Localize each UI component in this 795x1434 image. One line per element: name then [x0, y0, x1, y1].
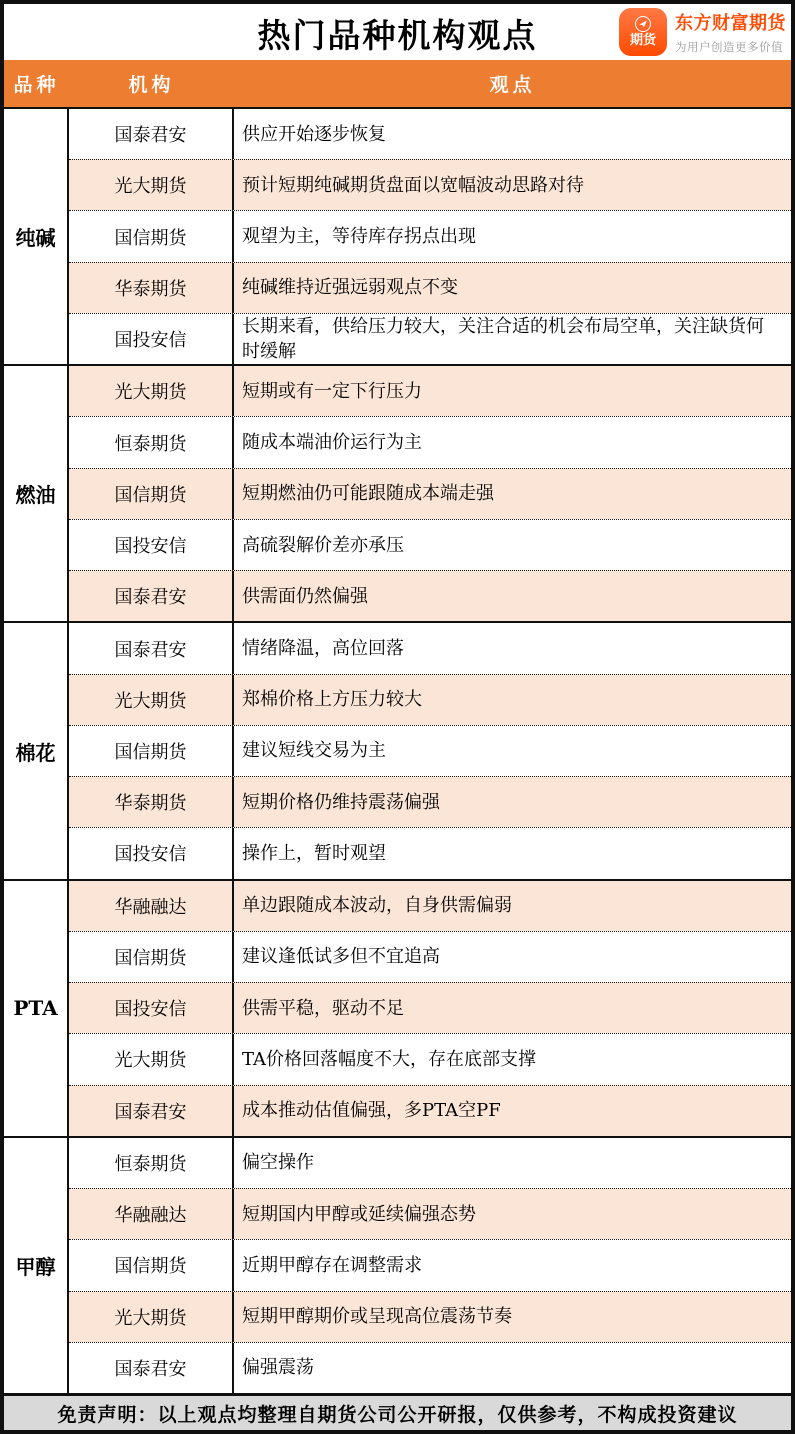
view-cell: 郑棉价格上方压力较大 — [234, 675, 791, 725]
view-cell: 预计短期纯碱期货盘面以宽幅波动思路对待 — [234, 160, 791, 210]
table-row: 国泰君安供应开始逐步恢复 — [69, 109, 791, 159]
variety-section: 甲醇恒泰期货偏空操作华融融达短期国内甲醇或延续偏强态势国信期货近期甲醇存在调整需… — [4, 1136, 791, 1393]
table-row: 国信期货建议逢低试多但不宜追高 — [69, 931, 791, 982]
brand-name: 东方财富期货 — [675, 9, 786, 35]
view-cell: 长期来看，供给压力较大，关注合适的机会布局空单，关注缺货何时缓解 — [234, 314, 791, 364]
institution-cell: 光大期货 — [69, 1292, 234, 1342]
table-row: 国泰君安供需面仍然偏强 — [69, 570, 791, 621]
table-row: 国信期货观望为主，等待库存拐点出现 — [69, 210, 791, 261]
column-header-view: 观点 — [234, 70, 791, 97]
table-row: 国泰君安成本推动估值偏强，多PTA空PF — [69, 1085, 791, 1136]
variety-label: PTA — [4, 881, 69, 1136]
institution-cell: 光大期货 — [69, 160, 234, 210]
table-row: 光大期货短期甲醇期价或呈现高位震荡节奏 — [69, 1291, 791, 1342]
variety-label: 棉花 — [4, 623, 69, 878]
variety-section: 燃油光大期货短期或有一定下行压力恒泰期货随成本端油价运行为主国信期货短期燃油仍可… — [4, 364, 791, 621]
column-header-institution: 机构 — [69, 70, 234, 97]
variety-label: 纯碱 — [4, 109, 69, 364]
report-card: 热门品种机构观点 期货 东方财富期货 为用户创造更多价值 品种 机构 观点 纯碱… — [0, 0, 795, 1434]
column-header-variety: 品种 — [4, 70, 69, 97]
title-bar: 热门品种机构观点 期货 东方财富期货 为用户创造更多价值 — [4, 4, 791, 60]
institution-cell: 光大期货 — [69, 675, 234, 725]
table-row: 国信期货短期燃油仍可能跟随成本端走强 — [69, 468, 791, 519]
view-cell: 纯碱维持近强远弱观点不变 — [234, 263, 791, 313]
brand-slogan: 为用户创造更多价值 — [675, 39, 786, 55]
institution-cell: 华融融达 — [69, 1189, 234, 1239]
paper-plane-icon — [635, 16, 651, 32]
table-row: 光大期货郑棉价格上方压力较大 — [69, 674, 791, 725]
section-rows: 光大期货短期或有一定下行压力恒泰期货随成本端油价运行为主国信期货短期燃油仍可能跟… — [69, 366, 791, 621]
table-row: 国投安信高硫裂解价差亦承压 — [69, 519, 791, 570]
table-row: 华融融达短期国内甲醇或延续偏强态势 — [69, 1188, 791, 1239]
table-row: 华融融达单边跟随成本波动，自身供需偏弱 — [69, 881, 791, 931]
app-icon-label: 期货 — [630, 33, 656, 48]
variety-section: 纯碱国泰君安供应开始逐步恢复光大期货预计短期纯碱期货盘面以宽幅波动思路对待国信期… — [4, 109, 791, 364]
futures-app-icon: 期货 — [619, 8, 667, 56]
institution-cell: 国泰君安 — [69, 109, 234, 159]
section-rows: 恒泰期货偏空操作华融融达短期国内甲醇或延续偏强态势国信期货近期甲醇存在调整需求光… — [69, 1138, 791, 1393]
variety-label: 燃油 — [4, 366, 69, 621]
variety-section: PTA华融融达单边跟随成本波动，自身供需偏弱国信期货建议逢低试多但不宜追高国投安… — [4, 879, 791, 1136]
table-row: 恒泰期货偏空操作 — [69, 1138, 791, 1188]
institution-cell: 光大期货 — [69, 1034, 234, 1084]
view-cell: 近期甲醇存在调整需求 — [234, 1240, 791, 1290]
institution-cell: 恒泰期货 — [69, 417, 234, 467]
section-rows: 国泰君安供应开始逐步恢复光大期货预计短期纯碱期货盘面以宽幅波动思路对待国信期货观… — [69, 109, 791, 364]
view-cell: 短期燃油仍可能跟随成本端走强 — [234, 469, 791, 519]
view-cell: 短期甲醇期价或呈现高位震荡节奏 — [234, 1292, 791, 1342]
institution-cell: 华融融达 — [69, 881, 234, 931]
institution-cell: 华泰期货 — [69, 263, 234, 313]
institution-cell: 国泰君安 — [69, 623, 234, 673]
disclaimer-bar: 免责声明：以上观点均整理自期货公司公开研报，仅供参考，不构成投资建议 — [4, 1393, 791, 1430]
institution-cell: 国信期货 — [69, 726, 234, 776]
view-cell: 建议逢低试多但不宜追高 — [234, 932, 791, 982]
section-rows: 华融融达单边跟随成本波动，自身供需偏弱国信期货建议逢低试多但不宜追高国投安信供需… — [69, 881, 791, 1136]
institution-cell: 国泰君安 — [69, 571, 234, 621]
view-cell: 供需面仍然偏强 — [234, 571, 791, 621]
table-row: 国投安信操作上，暂时观望 — [69, 827, 791, 878]
section-rows: 国泰君安情绪降温，高位回落光大期货郑棉价格上方压力较大国信期货建议短线交易为主华… — [69, 623, 791, 878]
institution-cell: 国信期货 — [69, 1240, 234, 1290]
institution-cell: 国投安信 — [69, 314, 234, 364]
variety-label: 甲醇 — [4, 1138, 69, 1393]
table-body: 纯碱国泰君安供应开始逐步恢复光大期货预计短期纯碱期货盘面以宽幅波动思路对待国信期… — [4, 109, 791, 1393]
brand-text-block: 东方财富期货 为用户创造更多价值 — [675, 9, 786, 55]
view-cell: 供应开始逐步恢复 — [234, 109, 791, 159]
view-cell: 短期或有一定下行压力 — [234, 366, 791, 416]
institution-cell: 华泰期货 — [69, 777, 234, 827]
table-row: 光大期货预计短期纯碱期货盘面以宽幅波动思路对待 — [69, 159, 791, 210]
view-cell: 单边跟随成本波动，自身供需偏弱 — [234, 881, 791, 931]
institution-cell: 国信期货 — [69, 211, 234, 261]
institution-cell: 国泰君安 — [69, 1086, 234, 1136]
view-cell: 建议短线交易为主 — [234, 726, 791, 776]
table-row: 国信期货建议短线交易为主 — [69, 725, 791, 776]
table-row: 华泰期货纯碱维持近强远弱观点不变 — [69, 262, 791, 313]
table-row: 国信期货近期甲醇存在调整需求 — [69, 1239, 791, 1290]
table-row: 恒泰期货随成本端油价运行为主 — [69, 416, 791, 467]
view-cell: 供需平稳，驱动不足 — [234, 983, 791, 1033]
table-row: 国投安信长期来看，供给压力较大，关注合适的机会布局空单，关注缺货何时缓解 — [69, 313, 791, 364]
table-row: 国投安信供需平稳，驱动不足 — [69, 982, 791, 1033]
view-cell: 随成本端油价运行为主 — [234, 417, 791, 467]
institution-cell: 国信期货 — [69, 469, 234, 519]
variety-section: 棉花国泰君安情绪降温，高位回落光大期货郑棉价格上方压力较大国信期货建议短线交易为… — [4, 621, 791, 878]
table-row: 国泰君安偏强震荡 — [69, 1342, 791, 1393]
column-header-row: 品种 机构 观点 — [4, 60, 791, 109]
institution-cell: 光大期货 — [69, 366, 234, 416]
view-cell: 高硫裂解价差亦承压 — [234, 520, 791, 570]
view-cell: 观望为主，等待库存拐点出现 — [234, 211, 791, 261]
institution-cell: 恒泰期货 — [69, 1138, 234, 1188]
institution-cell: 国投安信 — [69, 520, 234, 570]
view-cell: 情绪降温，高位回落 — [234, 623, 791, 673]
institution-cell: 国投安信 — [69, 828, 234, 878]
view-cell: 偏强震荡 — [234, 1343, 791, 1393]
institution-cell: 国泰君安 — [69, 1343, 234, 1393]
view-cell: 偏空操作 — [234, 1138, 791, 1188]
view-cell: 短期价格仍维持震荡偏强 — [234, 777, 791, 827]
institution-cell: 国投安信 — [69, 983, 234, 1033]
institution-cell: 国信期货 — [69, 932, 234, 982]
view-cell: 操作上，暂时观望 — [234, 828, 791, 878]
view-cell: TA价格回落幅度不大，存在底部支撑 — [234, 1034, 791, 1084]
view-cell: 短期国内甲醇或延续偏强态势 — [234, 1189, 791, 1239]
table-row: 光大期货TA价格回落幅度不大，存在底部支撑 — [69, 1033, 791, 1084]
table-row: 国泰君安情绪降温，高位回落 — [69, 623, 791, 673]
table-row: 华泰期货短期价格仍维持震荡偏强 — [69, 776, 791, 827]
view-cell: 成本推动估值偏强，多PTA空PF — [234, 1086, 791, 1136]
table-row: 光大期货短期或有一定下行压力 — [69, 366, 791, 416]
brand-logo: 期货 东方财富期货 为用户创造更多价值 — [619, 8, 786, 56]
